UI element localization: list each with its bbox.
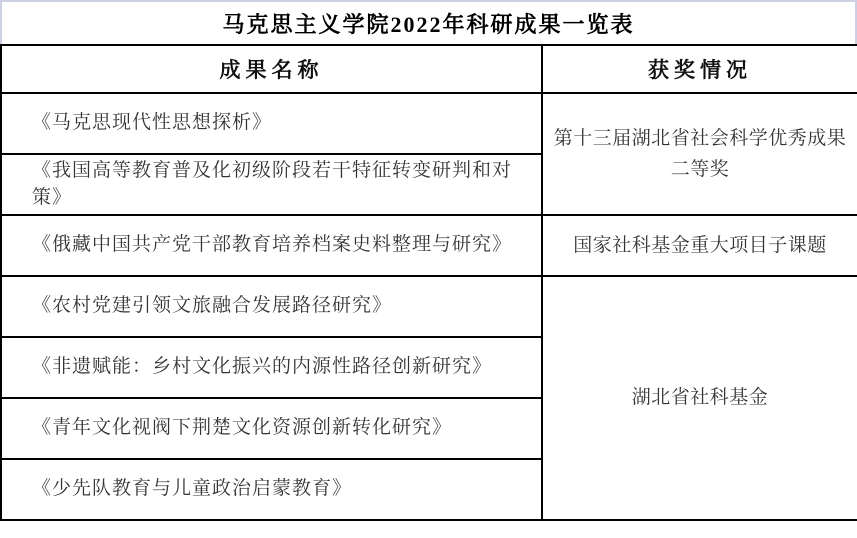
table-row: 《农村党建引领文旅融合发展路径研究》 湖北省社科基金 [1,276,857,337]
document-page: 马克思主义学院2022年科研成果一览表 成果名称 获奖情况 《马克思现代性思想探… [0,0,857,538]
result-name-cell: 《少先队教育与儿童政治启蒙教育》 [1,459,542,520]
result-name-cell: 《农村党建引领文旅融合发展路径研究》 [1,276,542,337]
result-name-cell: 《我国高等教育普及化初级阶段若干特征转变研判和对策》 [1,154,542,215]
award-cell: 第十三届湖北省社会科学优秀成果二等奖 [542,93,857,215]
award-cell: 国家社科基金重大项目子课题 [542,215,857,276]
result-name-cell: 《青年文化视阀下荆楚文化资源创新转化研究》 [1,398,542,459]
table-row: 《俄藏中国共产党干部教育培养档案史料整理与研究》 国家社科基金重大项目子课题 [1,215,857,276]
header-row: 成果名称 获奖情况 [1,45,857,93]
result-name-cell: 《马克思现代性思想探析》 [1,93,542,154]
result-name-cell: 《非遗赋能：乡村文化振兴的内源性路径创新研究》 [1,337,542,398]
result-name-cell: 《俄藏中国共产党干部教育培养档案史料整理与研究》 [1,215,542,276]
title-strip: 马克思主义学院2022年科研成果一览表 [0,0,857,44]
award-cell: 湖北省社科基金 [542,276,857,520]
table-row: 《马克思现代性思想探析》 第十三届湖北省社会科学优秀成果二等奖 [1,93,857,154]
results-table: 成果名称 获奖情况 《马克思现代性思想探析》 第十三届湖北省社会科学优秀成果二等… [0,44,857,521]
page-title: 马克思主义学院2022年科研成果一览表 [222,8,634,39]
col-header-result-name: 成果名称 [1,45,542,93]
col-header-award-status: 获奖情况 [542,45,857,93]
